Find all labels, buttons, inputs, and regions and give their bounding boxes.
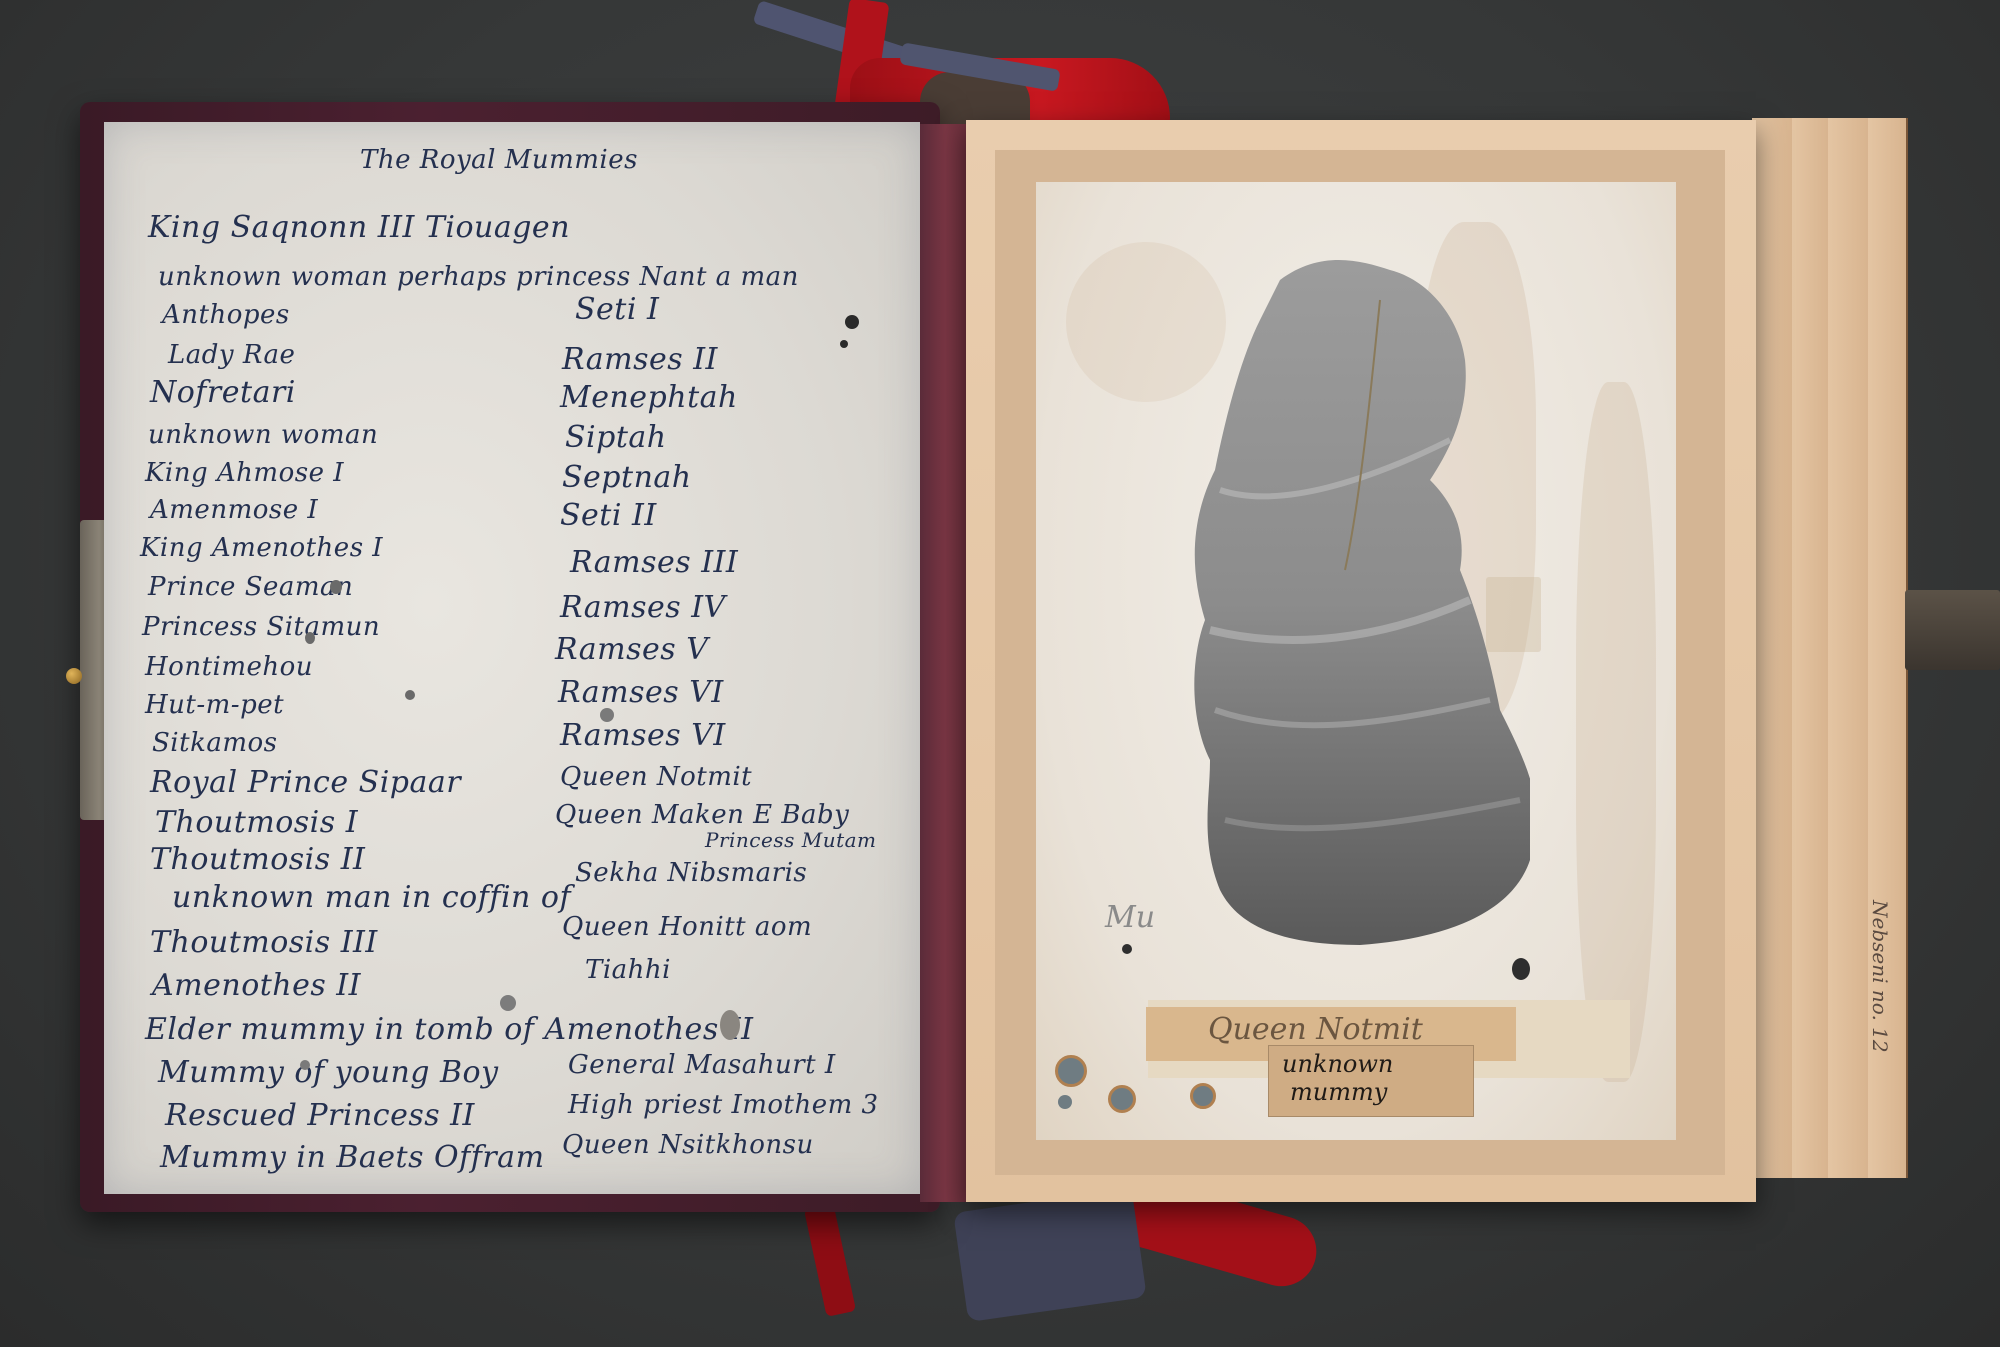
list-item: Sitkamos bbox=[152, 728, 277, 758]
ink-spot bbox=[1512, 958, 1530, 980]
ink-spot bbox=[1122, 944, 1132, 954]
label-queen-notmit-text: Queen Notmit bbox=[1208, 1012, 1423, 1047]
list-item: Amenothes II bbox=[152, 968, 361, 1003]
list-item: Ramses II bbox=[562, 342, 718, 377]
list-item: Rescued Princess II bbox=[165, 1098, 475, 1133]
list-item: Ramses VI bbox=[558, 675, 724, 710]
list-item: Seti II bbox=[560, 498, 657, 533]
label-mummy-text: mummy bbox=[1290, 1078, 1387, 1106]
ink-spot bbox=[1055, 1055, 1087, 1087]
list-item: Ramses VI bbox=[560, 718, 726, 753]
list-item: High priest Imothem 3 bbox=[568, 1090, 879, 1120]
list-item: Queen Maken E Baby bbox=[555, 800, 849, 830]
list-item: Tiahhi bbox=[585, 955, 671, 985]
list-item: Seti I bbox=[575, 292, 659, 327]
right-metal-clasp bbox=[1905, 590, 2000, 670]
list-item: King Saqnonn III Tiouagen bbox=[148, 210, 570, 245]
list-item: Sekha Nibsmaris bbox=[575, 858, 807, 888]
list-item: Prince Seaman bbox=[148, 572, 353, 602]
list-item: Hut-m-pet bbox=[145, 690, 284, 720]
list-item: Ramses V bbox=[555, 632, 708, 667]
list-item: Thoutmosis II bbox=[150, 842, 365, 877]
list-item: Mummy in Baets Offram bbox=[160, 1140, 545, 1175]
wrapped-mummy-figure bbox=[1130, 240, 1530, 980]
list-item: Septnah bbox=[562, 460, 692, 495]
pencil-scrawl: Mu bbox=[1105, 900, 1155, 935]
label-unknown-text: unknown bbox=[1282, 1050, 1393, 1078]
list-item: Nofretari bbox=[150, 375, 296, 410]
list-item: Siptah bbox=[565, 420, 667, 455]
list-item: Ramses IV bbox=[560, 590, 726, 625]
page-title: The Royal Mummies bbox=[360, 145, 638, 175]
list-item: General Masahurt I bbox=[568, 1050, 836, 1080]
red-ribbon-bottom-left bbox=[804, 1203, 856, 1317]
ink-spot bbox=[845, 315, 859, 329]
list-item: unknown woman perhaps princess Nant a ma… bbox=[158, 262, 799, 292]
list-item: Anthopes bbox=[162, 300, 290, 330]
list-item: Elder mummy in tomb of Amenothes II bbox=[145, 1012, 753, 1047]
list-item: Princess Mutam bbox=[705, 828, 877, 852]
list-item: Amenmose I bbox=[150, 495, 318, 525]
ink-spot bbox=[305, 632, 315, 644]
list-item: Hontimehou bbox=[145, 652, 313, 682]
ink-spot bbox=[1058, 1095, 1072, 1109]
list-item: King Amenothes I bbox=[140, 533, 383, 563]
list-item: Thoutmosis I bbox=[155, 805, 358, 840]
list-item: Lady Rae bbox=[168, 340, 295, 370]
ink-spot bbox=[600, 708, 614, 722]
list-item: Princess Sitamun bbox=[142, 612, 380, 642]
ink-spot bbox=[500, 995, 516, 1011]
edge-writing: Nebseni no. 12 bbox=[1868, 900, 1892, 1053]
page-stack bbox=[1752, 118, 1922, 1178]
ink-spot bbox=[720, 1010, 740, 1040]
ink-spot bbox=[330, 580, 342, 594]
ink-spot bbox=[1108, 1085, 1136, 1113]
list-item: unknown woman bbox=[148, 420, 378, 450]
blue-ribbon-bottom bbox=[953, 1188, 1147, 1322]
ink-spot bbox=[300, 1060, 310, 1070]
list-item: Royal Prince Sipaar bbox=[150, 765, 461, 800]
list-item: Ramses III bbox=[570, 545, 738, 580]
list-item: Queen Nsitkhonsu bbox=[562, 1130, 814, 1160]
ink-spot bbox=[405, 690, 415, 700]
list-item: Queen Notmit bbox=[560, 762, 752, 792]
list-item: Menephtah bbox=[560, 380, 738, 415]
ink-spot bbox=[840, 340, 848, 348]
ink-spot bbox=[1190, 1083, 1216, 1109]
list-item: unknown man in coffin of bbox=[172, 880, 571, 915]
list-item: Thoutmosis III bbox=[150, 925, 378, 960]
list-item: Mummy of young Boy bbox=[158, 1055, 499, 1090]
brass-pin-icon bbox=[66, 668, 82, 684]
list-item: Queen Honitt aom bbox=[562, 912, 812, 942]
list-item: King Ahmose I bbox=[145, 458, 344, 488]
